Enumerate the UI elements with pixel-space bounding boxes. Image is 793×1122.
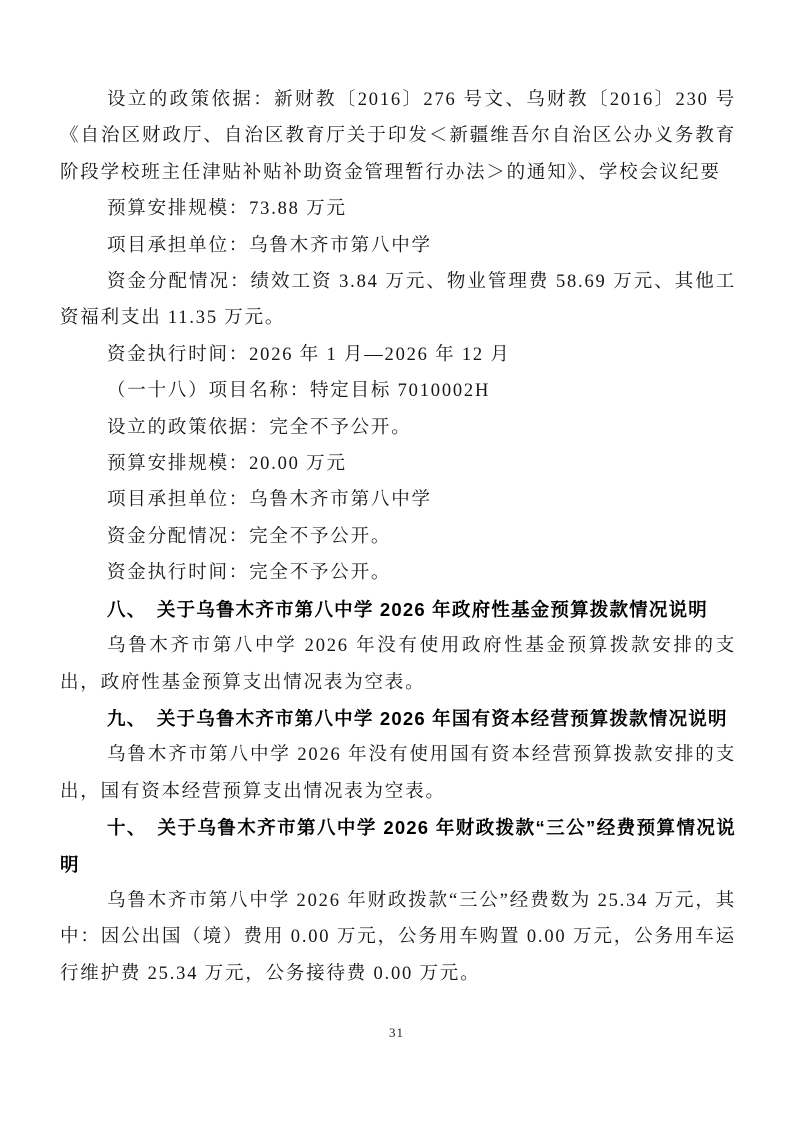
paragraph: 资金执行时间：完全不予公开。 [60,555,736,591]
paragraph: 设立的政策依据：完全不予公开。 [60,410,736,446]
paragraph: 资金分配情况：完全不予公开。 [60,519,736,555]
page-number: 31 [0,1025,793,1041]
paragraph: 资金分配情况：绩效工资 3.84 万元、物业管理费 58.69 万元、其他工资福… [60,264,736,337]
paragraph: 预算安排规模：20.00 万元 [60,446,736,482]
paragraph: 乌鲁木齐市第八中学 2026 年财政拨款“三公”经费数为 25.34 万元，其中… [60,883,736,992]
section-heading: 八、 关于乌鲁木齐市第八中学 2026 年政府性基金预算拨款情况说明 [60,592,736,628]
paragraph: 设立的政策依据：新财教〔2016〕276 号文、乌财教〔2016〕230 号《自… [60,82,736,191]
section-heading: 九、 关于乌鲁木齐市第八中学 2026 年国有资本经营预算拨款情况说明 [60,701,736,737]
paragraph: 预算安排规模：73.88 万元 [60,191,736,227]
paragraph: 乌鲁木齐市第八中学 2026 年没有使用国有资本经营预算拨款安排的支出，国有资本… [60,737,736,810]
paragraph: 乌鲁木齐市第八中学 2026 年没有使用政府性基金预算拨款安排的支出，政府性基金… [60,628,736,701]
paragraph: 资金执行时间：2026 年 1 月—2026 年 12 月 [60,337,736,373]
paragraph: （一十八）项目名称：特定目标 7010002H [60,373,736,409]
paragraph: 项目承担单位：乌鲁木齐市第八中学 [60,482,736,518]
document-page: 设立的政策依据：新财教〔2016〕276 号文、乌财教〔2016〕230 号《自… [0,0,793,1122]
document-body: 设立的政策依据：新财教〔2016〕276 号文、乌财教〔2016〕230 号《自… [60,82,736,992]
paragraph: 项目承担单位：乌鲁木齐市第八中学 [60,228,736,264]
section-heading: 十、 关于乌鲁木齐市第八中学 2026 年财政拨款“三公”经费预算情况说明 [60,810,736,883]
